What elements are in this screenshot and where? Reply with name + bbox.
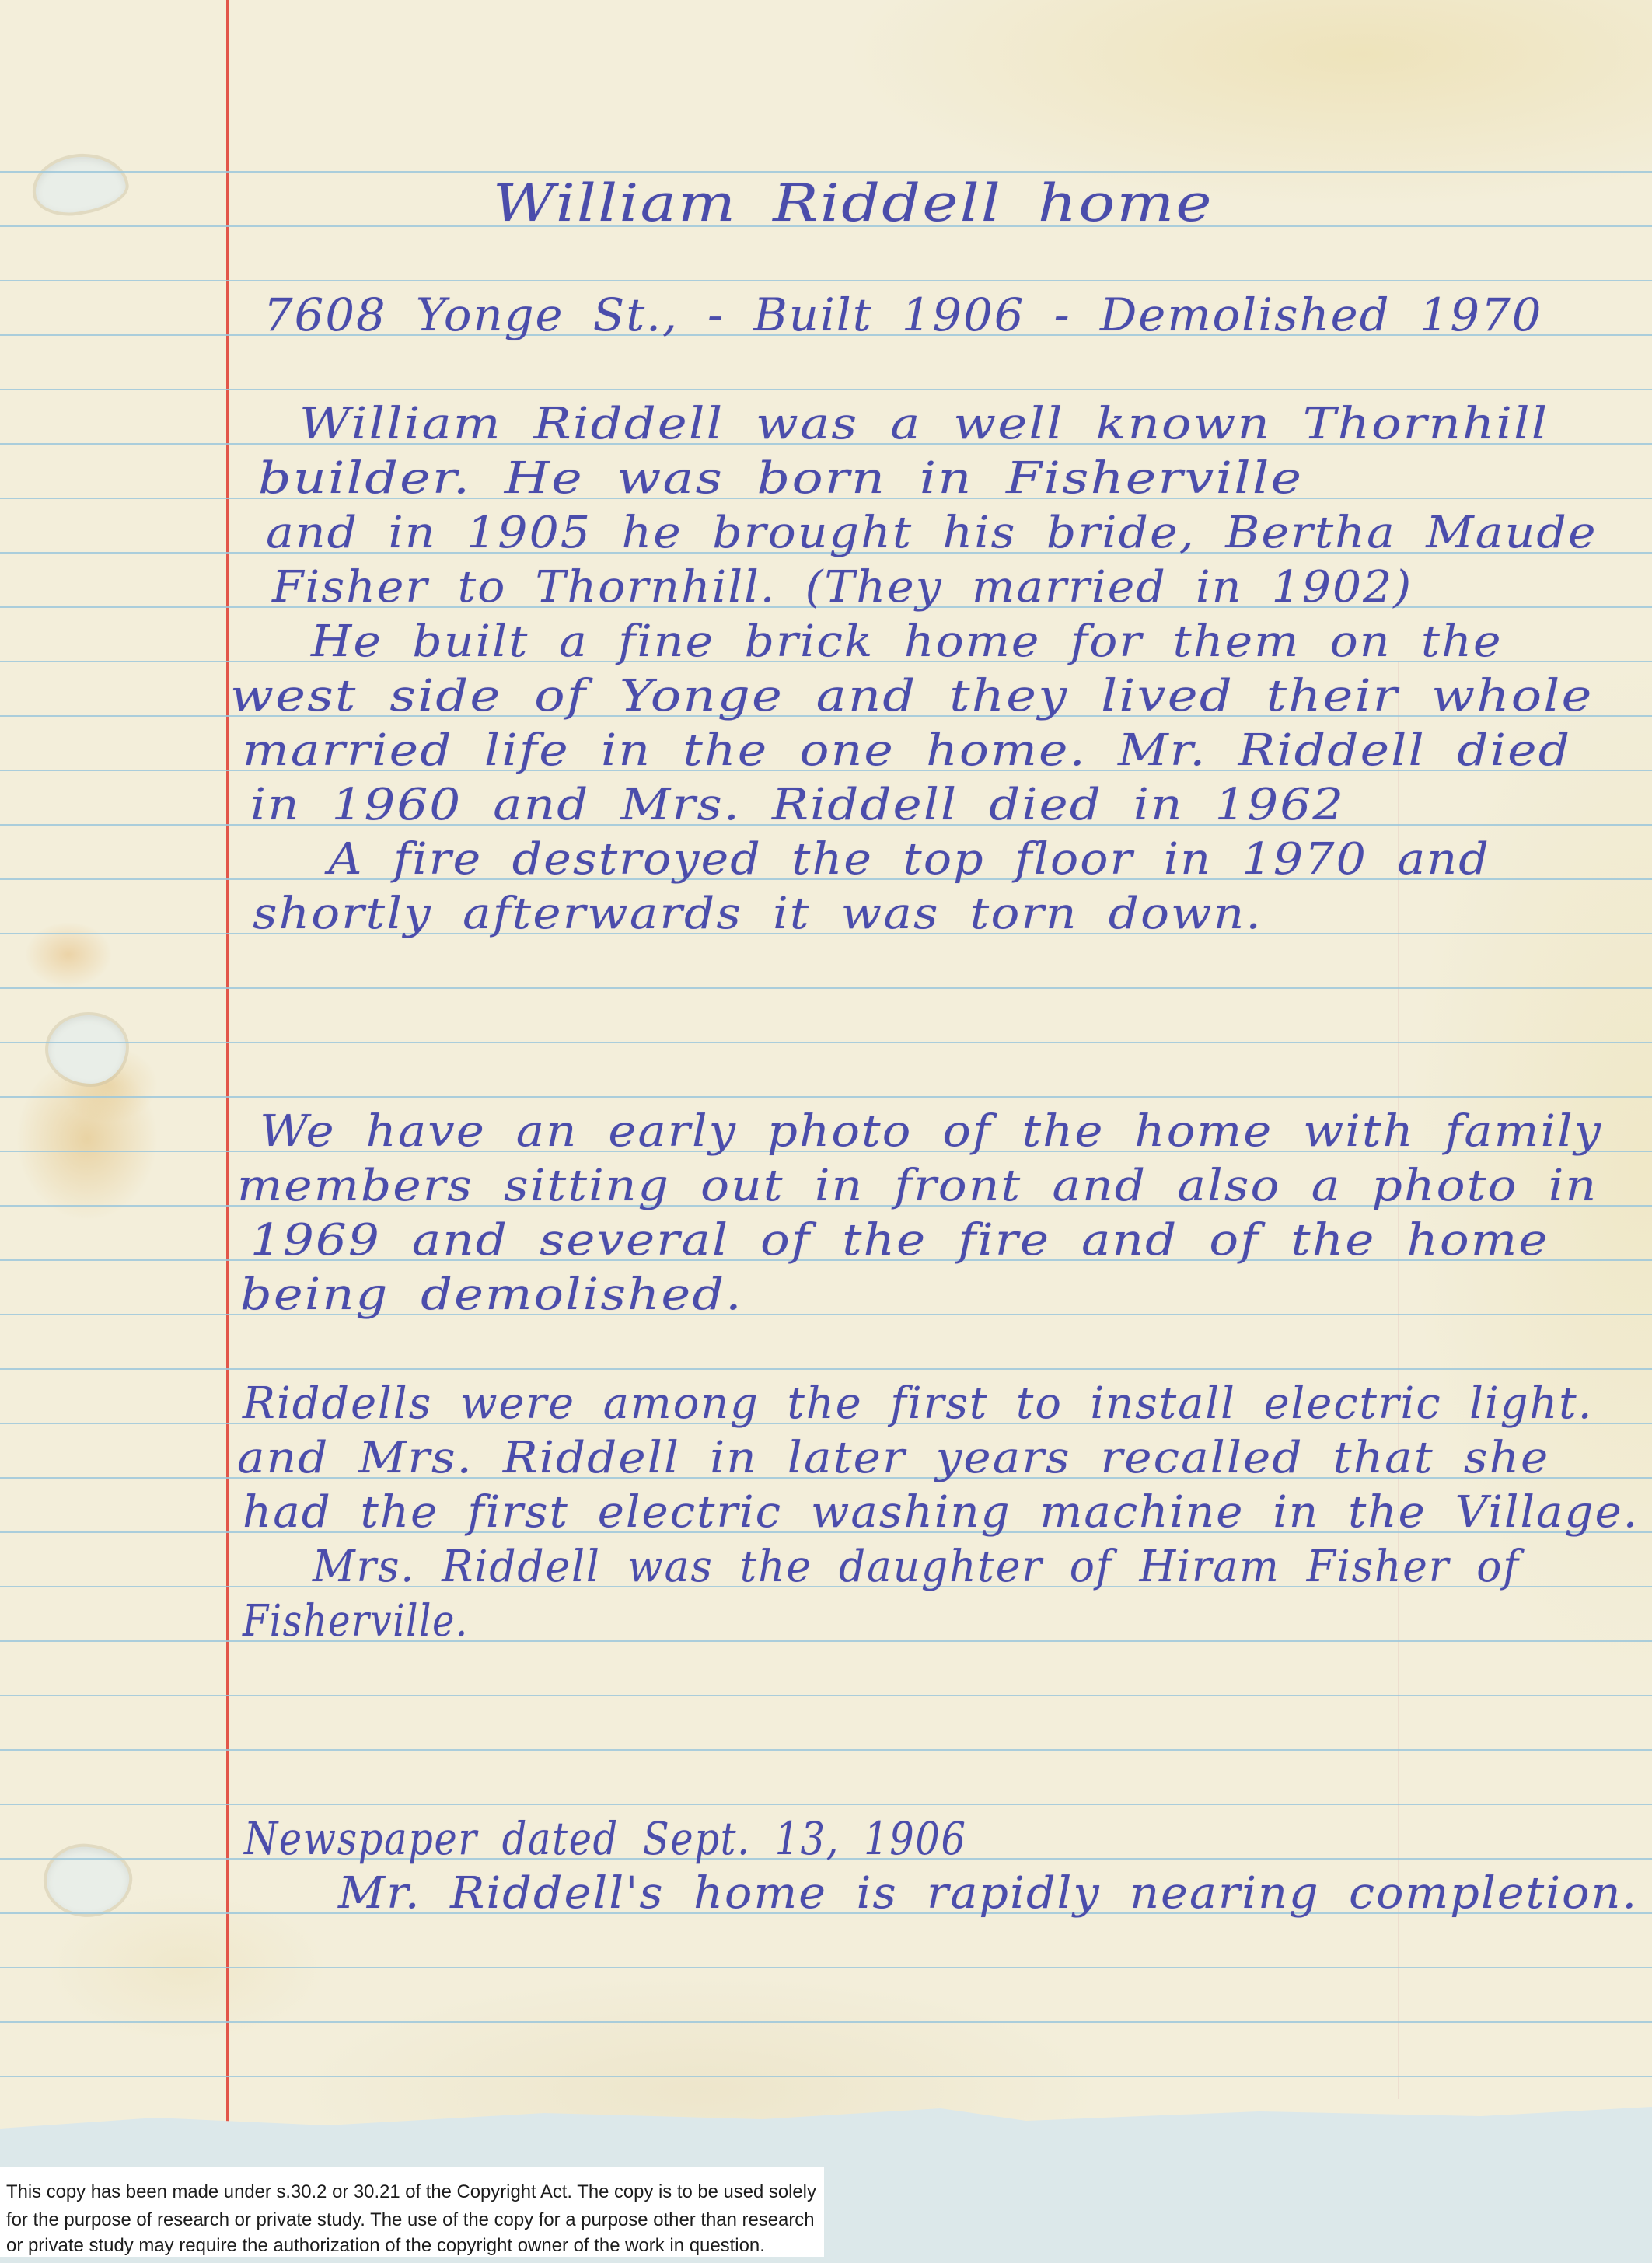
body-line: and in 1905 he brought his bride, Bertha… (266, 512, 1598, 555)
ruled-line (0, 389, 1652, 390)
body-line: in 1960 and Mrs. Riddell died in 1962 (250, 784, 1345, 827)
punch-hole-bottom (44, 1844, 131, 1916)
ruled-line (0, 1042, 1652, 1043)
scanned-page: William Riddell home7608 Yonge St., - Bu… (0, 0, 1652, 2263)
paper: William Riddell home7608 Yonge St., - Bu… (0, 0, 1652, 2130)
text-line: This copy has been made under s.30.2 or … (6, 2183, 816, 2202)
ruled-line (0, 1967, 1652, 1968)
body-line: had the first electric washing machine i… (243, 1491, 1639, 1535)
body-line: 1969 and several of the fire and of the … (250, 1219, 1549, 1262)
address-line: 7608 Yonge St., - Built 1906 - Demolishe… (264, 292, 1542, 337)
ruled-line (0, 1804, 1652, 1805)
body-line: members sitting out in front and also a … (237, 1165, 1598, 1208)
ruled-line (0, 2076, 1652, 2077)
ruled-line (0, 987, 1652, 989)
body-line: west side of Yonge and they lived their … (230, 675, 1594, 718)
body-line: We have an early photo of the home with … (260, 1110, 1602, 1154)
ruled-line (0, 1749, 1652, 1751)
punch-hole-top (32, 152, 128, 217)
text-line: or private study may require the authori… (6, 2237, 765, 2255)
punch-hole-middle (48, 1015, 126, 1084)
ruled-line (0, 280, 1652, 281)
body-line: married life in the one home. Mr. Riddel… (243, 729, 1571, 773)
body-line: Fisherville. (243, 1600, 469, 1643)
ruled-line (0, 2021, 1652, 2023)
title-line: William Riddell home (493, 178, 1214, 229)
body-line: being demolished. (240, 1273, 743, 1317)
ruled-line (0, 171, 1652, 173)
body-line: Fisher to Thornhill. (They married in 19… (272, 566, 1413, 609)
body-line: William Riddell was a well known Thornhi… (299, 403, 1549, 446)
body-line: builder. He was born in Fisherville (258, 457, 1303, 501)
body-line: Riddells were among the first to install… (243, 1382, 1593, 1426)
body-line: A fire destroyed the top floor in 1970 a… (328, 838, 1490, 882)
ruled-line (0, 1695, 1652, 1696)
body-line: and Mrs. Riddell in later years recalled… (237, 1437, 1549, 1480)
ruled-line (0, 1096, 1652, 1098)
margin-line (226, 0, 229, 2130)
body-line: He built a fine brick home for them on t… (311, 620, 1503, 664)
ruled-line (0, 1368, 1652, 1370)
body-line: shortly afterwards it was torn down. (253, 892, 1263, 936)
body-line: Mrs. Riddell was the daughter of Hiram F… (313, 1545, 1520, 1589)
newspaper-line: Newspaper dated Sept. 13, 1906 (244, 1816, 967, 1861)
newspaper-line: Mr. Riddell's home is rapidly nearing co… (338, 1872, 1638, 1916)
text-line: for the purpose of research or private s… (6, 2211, 815, 2230)
